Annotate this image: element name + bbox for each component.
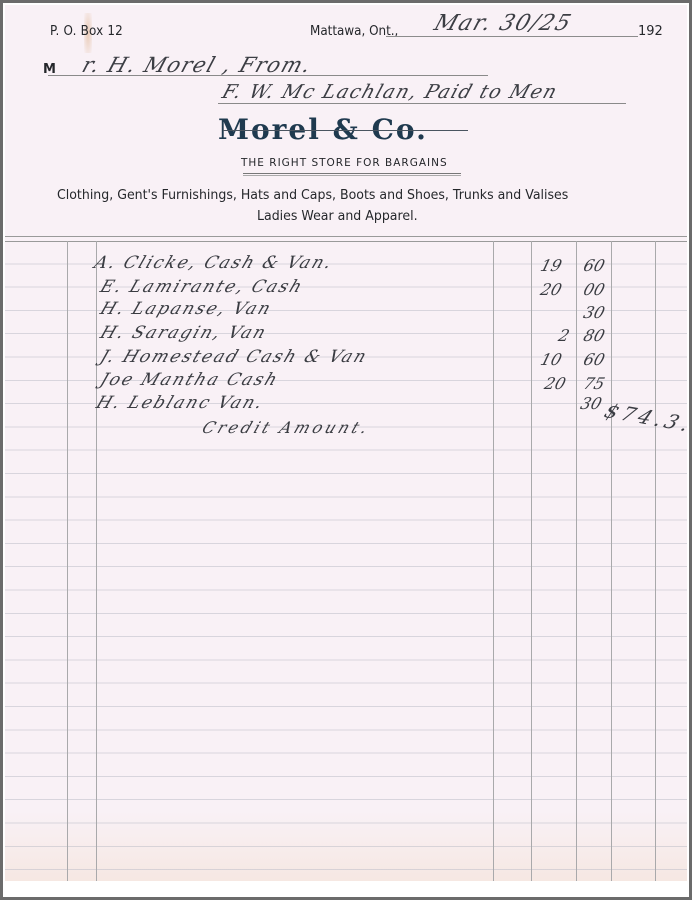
goods-list-line-1: Clothing, Gent's Furnishings, Hats and C… xyxy=(57,187,568,203)
entry-name: A. Clicke, Cash & Van. xyxy=(91,253,336,273)
ledger-column-rule xyxy=(493,241,494,881)
credit-amount-label: Credit Amount. xyxy=(200,418,374,437)
billhead-paper: P. O. Box 12 Mattawa, Ont., 192 Mar. 30/… xyxy=(5,5,687,881)
ledger-column-rule xyxy=(67,241,68,881)
date-underline xyxy=(386,36,638,37)
sender-underline xyxy=(218,103,626,104)
entry-name: H. Leblanc Van. xyxy=(93,393,267,413)
entry-name: J. Homestead Cash & Van xyxy=(97,347,370,367)
po-box: P. O. Box 12 xyxy=(50,24,123,39)
ledger-column-rule xyxy=(611,241,612,881)
ledger-column-rule xyxy=(655,241,656,881)
company-tagline: THE RIGHT STORE FOR BARGAINS xyxy=(241,157,448,169)
scan-margin xyxy=(5,881,687,895)
handwritten-sender: F. W. Mc Lachlan, Paid to Men xyxy=(219,81,561,103)
year-prefix: 192 xyxy=(638,24,663,39)
ledger-column-rule xyxy=(576,241,577,881)
ledger-column-rule xyxy=(96,241,97,881)
entry-name: H. Saragin, Van xyxy=(97,323,270,343)
goods-list-line-2: Ladies Wear and Apparel. xyxy=(257,208,418,224)
handwritten-recipient: r. H. Morel , From. xyxy=(79,53,315,77)
ledger-column-rule xyxy=(531,241,532,881)
logo-strike-line xyxy=(223,130,468,131)
entry-name: Joe Mantha Cash xyxy=(97,370,281,390)
entry-name: H. Lapanse, Van xyxy=(97,299,275,319)
tagline-rule xyxy=(243,173,461,176)
handwritten-date: Mar. 30/25 xyxy=(431,11,575,36)
entry-name: E. Lamirante, Cash xyxy=(97,277,306,297)
